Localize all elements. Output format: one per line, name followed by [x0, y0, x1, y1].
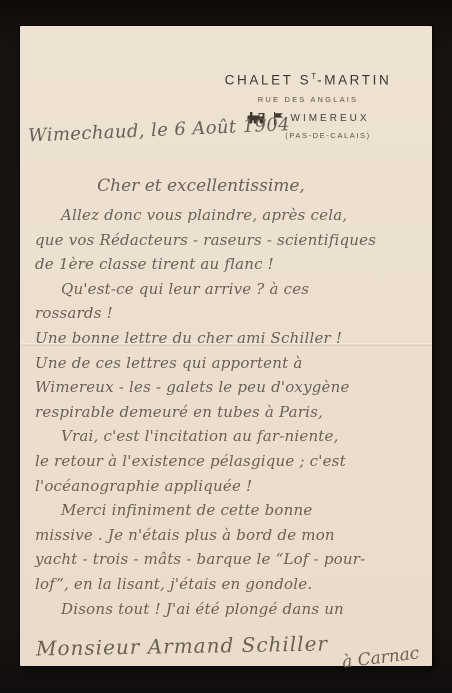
- letterhead-street-address: RUE DES ANGLAIS: [198, 95, 418, 104]
- letter-line: Merci infiniment de cette bonne: [35, 498, 427, 523]
- letter-line: rossards !: [35, 301, 427, 326]
- handwritten-dateline: Wimechaud, le 6 Août 1904: [28, 112, 329, 146]
- letter-line: que vos Rédacteurs - raseurs - scientifi…: [35, 228, 427, 253]
- letter-line: Wimereux - les - galets le peu d'oxygène: [35, 375, 427, 400]
- letter-line: missive . Je n'étais plus à bord de mon: [35, 523, 427, 548]
- salutation: Cher et excellentissime,: [35, 176, 367, 196]
- letter-line: Qu'est-ce qui leur arrive ? à ces: [35, 277, 427, 302]
- letter-line: respirable demeuré en tubes à Paris,: [35, 400, 427, 425]
- letterhead-title-main: CHALET S: [225, 73, 312, 88]
- letter-line: lof”, en la lisant, j'étais en gondole.: [35, 572, 427, 597]
- closing-addressee: Monsieur Armand Schiller: [36, 631, 328, 660]
- letter-line: Disons tout ! J'ai été plongé dans un: [35, 597, 427, 622]
- letter-line: Une bonne lettre du cher ami Schiller !: [35, 326, 427, 351]
- letterhead-title: CHALET ST-MARTIN: [198, 72, 418, 88]
- letter-line: Une de ces lettres qui apportent à: [35, 351, 427, 376]
- letter-line: Allez donc vous plaindre, après cela,: [35, 203, 427, 228]
- letter-line: yacht - trois - mâts - barque le “Lof - …: [35, 547, 427, 572]
- letter-body: Cher et excellentissime, Allez donc vous…: [35, 176, 427, 621]
- letter-paper: CHALET ST-MARTIN RUE DES ANGLAIS: [20, 26, 432, 666]
- letter-line: Vrai, c'est l'incitation au far-niente,: [35, 424, 427, 449]
- letter-line: le retour à l'existence pélasgique ; c'e…: [35, 449, 427, 474]
- letter-line: l'océanographie appliquée !: [35, 474, 427, 499]
- letter-line: de 1ère classe tirent au flanc !: [35, 252, 427, 277]
- letterhead-title-rest: -MARTIN: [317, 73, 391, 88]
